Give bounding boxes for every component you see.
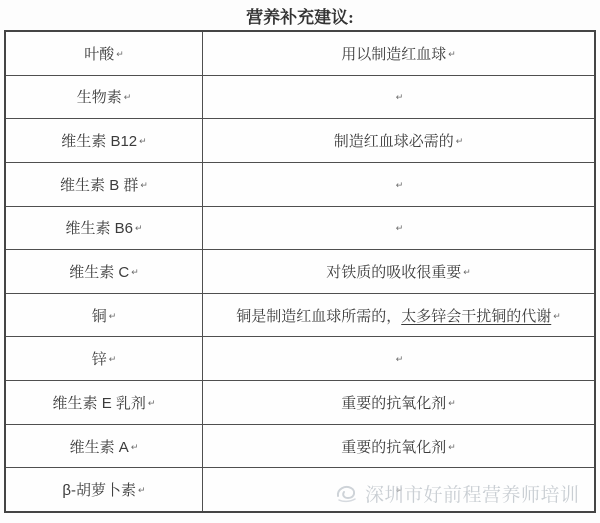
table-row: 叶酸↵ 用以制造红血球↵ — [6, 32, 594, 76]
paragraph-mark-icon: ↵ — [448, 442, 456, 453]
supplement-note-cell: 铜是制造红血球所需的，太多锌会干扰铜的代谢↵ — [203, 294, 594, 337]
supplement-note-cell: ↵ — [203, 468, 594, 511]
table-row: 维生素 B 群↵ ↵ — [6, 163, 594, 207]
paragraph-mark-icon: ↵ — [396, 485, 404, 496]
supplement-table: 叶酸↵ 用以制造红血球↵ 生物素↵ ↵ 维生素 B12↵ 制造红血球必需的↵ — [4, 30, 596, 513]
supplement-name: 铜 — [92, 305, 107, 326]
supplement-note-cell: 用以制造红血球↵ — [203, 32, 594, 75]
supplement-name-cell: 锌↵ — [6, 337, 203, 380]
paragraph-mark-icon: ↵ — [456, 136, 464, 147]
supplement-name-cell: 维生素 B12↵ — [6, 119, 203, 162]
supplement-note-cell: 重要的抗氧化剂↵ — [203, 381, 594, 424]
paragraph-mark-icon: ↵ — [131, 442, 139, 453]
table-row: 维生素 B12↵ 制造红血球必需的↵ — [6, 119, 594, 163]
paragraph-mark-icon: ↵ — [448, 398, 456, 409]
supplement-note: 重要的抗氧化剂 — [341, 436, 446, 457]
supplement-note-underlined: 太多锌会干扰铜的代谢 — [401, 305, 551, 326]
paragraph-mark-icon: ↵ — [131, 267, 139, 278]
paragraph-mark-icon: ↵ — [124, 92, 132, 103]
paragraph-mark-icon: ↵ — [396, 223, 404, 234]
supplement-name-cell: 维生素 E 乳剂↵ — [6, 381, 203, 424]
supplement-name: 维生素 A — [70, 436, 129, 457]
supplement-name: 叶酸 — [84, 43, 114, 64]
paragraph-mark-icon: ↵ — [139, 136, 147, 147]
supplement-name-cell: 铜↵ — [6, 294, 203, 337]
paragraph-mark-icon: ↵ — [116, 49, 124, 60]
table-row: 铜↵ 铜是制造红血球所需的，太多锌会干扰铜的代谢↵ — [6, 294, 594, 338]
table-row: 锌↵ ↵ — [6, 337, 594, 381]
paragraph-mark-icon: ↵ — [448, 49, 456, 60]
supplement-note-cell: ↵ — [203, 207, 594, 250]
supplement-note: 铜是制造红血球所需的， — [236, 305, 401, 326]
table-row: 维生素 C↵ 对铁质的吸收很重要↵ — [6, 250, 594, 294]
supplement-name-cell: 维生素 B6↵ — [6, 207, 203, 250]
table-row: 维生素 B6↵ ↵ — [6, 207, 594, 251]
supplement-note: 对铁质的吸收很重要 — [326, 261, 461, 282]
paragraph-mark-icon: ↵ — [396, 92, 404, 103]
supplement-name-cell: 维生素 A↵ — [6, 425, 203, 468]
supplement-name: 生物素 — [77, 86, 122, 107]
supplement-name: 维生素 B12 — [61, 130, 137, 151]
supplement-note-cell: 重要的抗氧化剂↵ — [203, 425, 594, 468]
supplement-note-cell: ↵ — [203, 76, 594, 119]
paragraph-mark-icon: ↵ — [396, 354, 404, 365]
supplement-note-cell: 制造红血球必需的↵ — [203, 119, 594, 162]
supplement-name-cell: 维生素 B 群↵ — [6, 163, 203, 206]
table-row: 维生素 E 乳剂↵ 重要的抗氧化剂↵ — [6, 381, 594, 425]
paragraph-mark-icon: ↵ — [109, 311, 117, 322]
paragraph-mark-icon: ↵ — [396, 180, 404, 191]
table-row: 维生素 A↵ 重要的抗氧化剂↵ — [6, 425, 594, 469]
paragraph-mark-icon: ↵ — [463, 267, 471, 278]
document-page: 营养补充建议: 叶酸↵ 用以制造红血球↵ 生物素↵ ↵ 维生素 B12↵ 制造红… — [0, 0, 600, 523]
table-row: 生物素↵ ↵ — [6, 76, 594, 120]
supplement-name: β-胡萝卜素 — [62, 479, 136, 500]
supplement-name: 锌 — [92, 348, 107, 369]
supplement-name-cell: 维生素 C↵ — [6, 250, 203, 293]
supplement-note-cell: 对铁质的吸收很重要↵ — [203, 250, 594, 293]
paragraph-mark-icon: ↵ — [553, 311, 561, 322]
supplement-name-cell: β-胡萝卜素↵ — [6, 468, 203, 511]
paragraph-mark-icon: ↵ — [148, 398, 156, 409]
supplement-note-cell: ↵ — [203, 163, 594, 206]
paragraph-mark-icon: ↵ — [135, 223, 143, 234]
supplement-note: 用以制造红血球 — [341, 43, 446, 64]
paragraph-mark-icon: ↵ — [138, 485, 146, 496]
supplement-note: 制造红血球必需的 — [334, 130, 454, 151]
paragraph-mark-icon: ↵ — [109, 354, 117, 365]
supplement-name: 维生素 E 乳剂 — [53, 392, 146, 413]
supplement-note: 重要的抗氧化剂 — [341, 392, 446, 413]
supplement-name-cell: 生物素↵ — [6, 76, 203, 119]
supplement-name: 维生素 B 群 — [60, 174, 138, 195]
supplement-name: 维生素 B6 — [65, 217, 133, 238]
table-row: β-胡萝卜素↵ ↵ — [6, 468, 594, 511]
supplement-name-cell: 叶酸↵ — [6, 32, 203, 75]
paragraph-mark-icon: ↵ — [140, 180, 148, 191]
supplement-note-cell: ↵ — [203, 337, 594, 380]
supplement-name: 维生素 C — [69, 261, 129, 282]
page-title: 营养补充建议: — [0, 3, 600, 28]
